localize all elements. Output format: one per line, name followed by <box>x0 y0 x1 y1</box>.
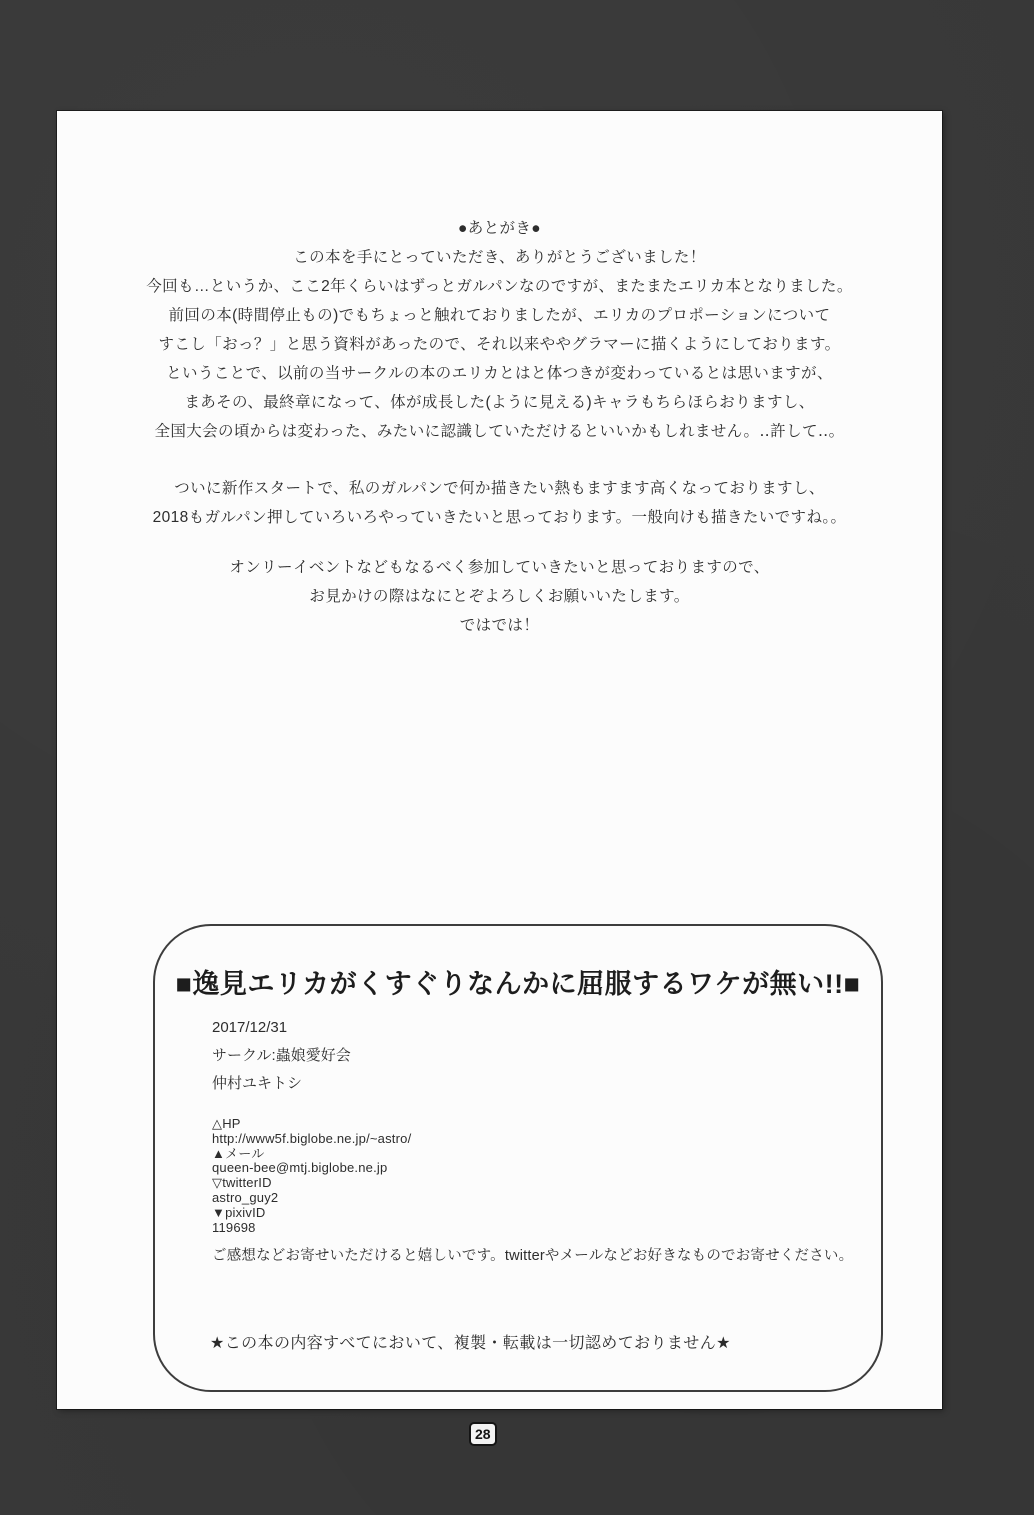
scan-background: ●あとがき● この本を手にとっていただき、ありがとうございました！ 今回も…とい… <box>0 0 1034 1515</box>
afterword-line: 2018もガルパン押していろいろやっていきたいと思っております。一般向けも描きた… <box>57 503 942 532</box>
circle-name: サークル:蟲娘愛好会 <box>212 1042 351 1070</box>
afterword-line: 全国大会の頃からは変わった、みたいに認識していただけるといいかもしれません。‥許… <box>57 417 942 446</box>
afterword-line: 前回の本(時間停止もの)でもちょっと触れておりましたが、エリカのプロポーションに… <box>57 301 942 330</box>
contact-label-hp: △HP <box>212 1117 411 1132</box>
contact-value-pixiv-id: 119698 <box>212 1221 411 1236</box>
afterword-line: オンリーイベントなどもなるべく参加していきたいと思っておりますので、 <box>57 553 942 582</box>
release-date: 2017/12/31 <box>212 1014 351 1042</box>
afterword-line: お見かけの際はなにとぞよろしくお願いいたします。 <box>57 582 942 611</box>
afterword-line: ということで、以前の当サークルの本のエリカとはと体つきが変わっているとは思います… <box>57 359 942 388</box>
contact-value-hp-url: http://www5f.biglobe.ne.jp/~astro/ <box>212 1132 411 1147</box>
contact-label-twitter: ▽twitterID <box>212 1176 411 1191</box>
colophon-meta: 2017/12/31 サークル:蟲娘愛好会 仲村ユキトシ <box>212 1014 351 1098</box>
contact-list: △HP http://www5f.biglobe.ne.jp/~astro/ ▲… <box>212 1117 411 1235</box>
contact-label-pixiv: ▼pixivID <box>212 1206 411 1221</box>
afterword-section: ●あとがき● この本を手にとっていただき、ありがとうございました！ 今回も…とい… <box>57 214 942 640</box>
contact-label-mail: ▲メール <box>212 1147 411 1162</box>
feedback-note: ご感想などお寄せいただけると嬉しいです。twitterやメールなどお好きなもので… <box>212 1244 853 1265</box>
afterword-title: ●あとがき● <box>57 214 942 243</box>
copyright-notice: ★この本の内容すべてにおいて、複製・転載は一切認めておりません★ <box>210 1330 731 1353</box>
afterword-closing: ではでは！ <box>57 611 942 640</box>
page-number-badge: 28 <box>469 1422 497 1446</box>
afterword-line: まあその、最終章になって、体が成長した(ように見える)キャラもちらほらおりますし… <box>57 388 942 417</box>
author-name: 仲村ユキトシ <box>212 1070 351 1098</box>
contact-value-email: queen-bee@mtj.biglobe.ne.jp <box>212 1161 411 1176</box>
afterword-line: この本を手にとっていただき、ありがとうございました！ <box>57 243 942 272</box>
afterword-line: 今回も…というか、ここ2年くらいはずっとガルパンなのですが、またまたエリカ本とな… <box>57 272 942 301</box>
book-title: ■逸見エリカがくすぐりなんかに屈服するワケが無い!!■ <box>155 962 881 1001</box>
afterword-line: ついに新作スタートで、私のガルパンで何か描きたい熱もますます高くなっておりますし… <box>57 474 942 503</box>
contact-value-twitter-id: astro_guy2 <box>212 1191 411 1206</box>
afterword-line: すこし「おっ？」と思う資料があったので、それ以来ややグラマーに描くようにしており… <box>57 330 942 359</box>
colophon-box: ■逸見エリカがくすぐりなんかに屈服するワケが無い!!■ 2017/12/31 サ… <box>153 924 883 1392</box>
doujin-page: ●あとがき● この本を手にとっていただき、ありがとうございました！ 今回も…とい… <box>57 111 942 1409</box>
